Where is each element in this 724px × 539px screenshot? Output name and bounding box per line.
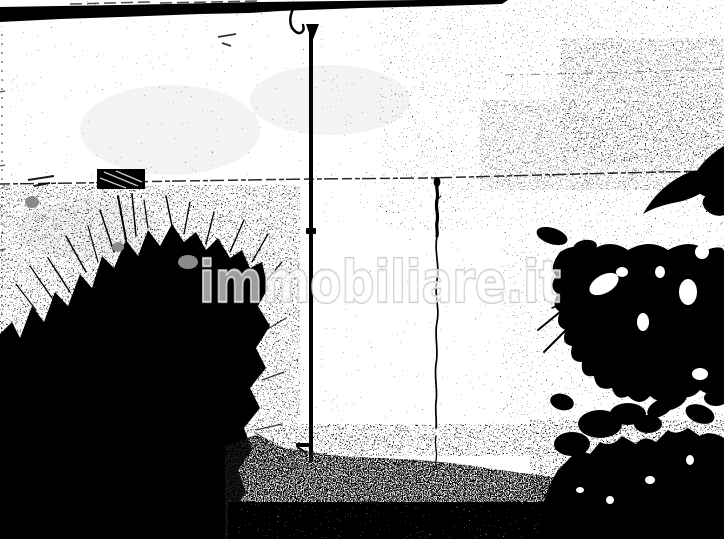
ground [225,424,565,539]
watermark: immobiliare.it [199,248,561,316]
watermark-text: immobiliare.it [199,248,561,316]
property-photo: immobiliare.it [0,0,724,539]
photo-canvas: immobiliare.it [0,0,724,539]
